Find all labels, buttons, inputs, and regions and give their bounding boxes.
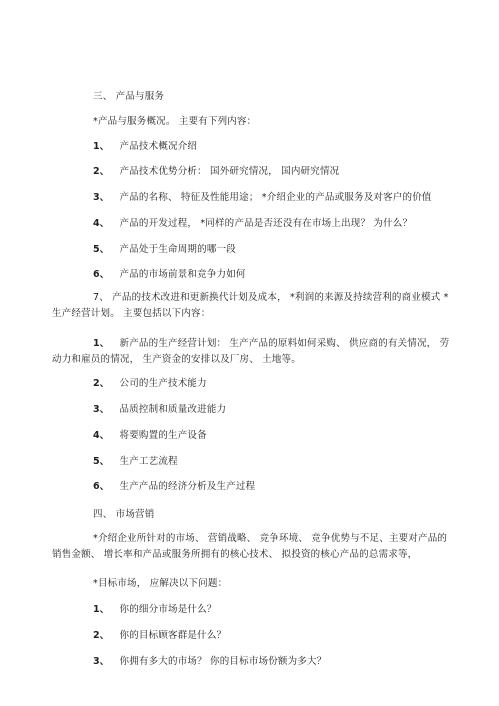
list-item: 2、你的目标顾客群是什么？ [93,629,226,642]
list-item: 5、生产工艺流程 [93,455,178,468]
item-number: 3、 [93,656,110,667]
products-intro: *产品与服务概况。 主要有下列内容： [93,115,256,128]
item-number: 6、 [93,481,110,492]
item-text: 新产品的生产经营计划： 生产产品的原料如何采购、 供应商的有关情况， 劳动力和雇… [52,338,449,365]
item-number: 2、 [93,378,110,389]
item-text: 生产产品的经济分析及生产过程 [120,481,256,492]
item-text: 你的细分市场是什么？ [120,604,217,615]
item-number: 1、 [93,141,110,152]
item-text: 将要购置的生产设备 [120,430,207,441]
item-text: 产品处于生命周期的哪一段 [120,244,236,255]
item-number: 2、 [93,166,110,177]
item-text: 产品的开发过程， *同样的产品是否还没有在市场上出现？ 为什么？ [120,218,413,229]
section-heading-products: 三、 产品与服务 [93,90,164,103]
list-item: 6、生产产品的经济分析及生产过程 [93,480,255,493]
list-item: 3、产品的名称、 特征及性能用途； *介绍企业的产品或服务及对客户的价值 [93,191,432,204]
list-item: 6、产品的市场前景和竞争力如何 [93,268,246,281]
item-text: 你的目标顾客群是什么？ [120,630,227,641]
production-item-1: 1、新产品的生产经营计划： 生产产品的原料如何采购、 供应商的有关情况， 劳动力… [52,336,452,368]
list-item: 4、将要购置的生产设备 [93,429,207,442]
item-number: 2、 [93,630,110,641]
item-number: 5、 [93,456,110,467]
list-item: 4、产品的开发过程， *同样的产品是否还没有在市场上出现？ 为什么？ [93,217,412,230]
item-number: 6、 [93,269,110,280]
item-text: 产品技术优势分析： 国外研究情况， 国内研究情况 [120,166,340,177]
item-number: 4、 [93,430,110,441]
item-text: 产品的市场前景和竞争力如何 [120,269,246,280]
item-number: 1、 [93,604,110,615]
list-item: 2、产品技术优势分析： 国外研究情况， 国内研究情况 [93,165,339,178]
item-number: 1、 [93,338,110,349]
item-7-paragraph: 7、 产品的技术改进和更新换代计划及成本， *利润的来源及持续营利的商业模式 *… [52,290,452,322]
item-number: 5、 [93,244,110,255]
item-text: 产品技术概况介绍 [120,141,198,152]
item-text: 品质控制和质量改进能力 [120,404,227,415]
item-number: 3、 [93,192,110,203]
list-item: 1、你的细分市场是什么？ [93,603,217,616]
marketing-intro-paragraph: *介绍企业所针对的市场、 营销战略、 竞争环境、 竞争优势与不足、主要对产品的销… [52,531,452,563]
item-text: 生产工艺流程 [120,456,178,467]
list-item: 1、产品技术概况介绍 [93,140,197,153]
item-text: 你拥有多大的市场？ 你的目标市场份额为多大？ [120,656,327,667]
list-item: 5、产品处于生命周期的哪一段 [93,243,236,256]
item-text: 公司的生产技术能力 [120,378,207,389]
item-text: 产品的名称、 特征及性能用途； *介绍企业的产品或服务及对客户的价值 [120,192,432,203]
item-number: 3、 [93,404,110,415]
section-heading-marketing: 四、 市场营销 [93,508,154,521]
target-market-intro: *目标市场， 应解决以下问题： [93,577,227,590]
list-item: 2、公司的生产技术能力 [93,377,207,390]
list-item: 3、品质控制和质量改进能力 [93,403,226,416]
list-item: 3、你拥有多大的市场？ 你的目标市场份额为多大？ [93,655,326,668]
item-number: 4、 [93,218,110,229]
